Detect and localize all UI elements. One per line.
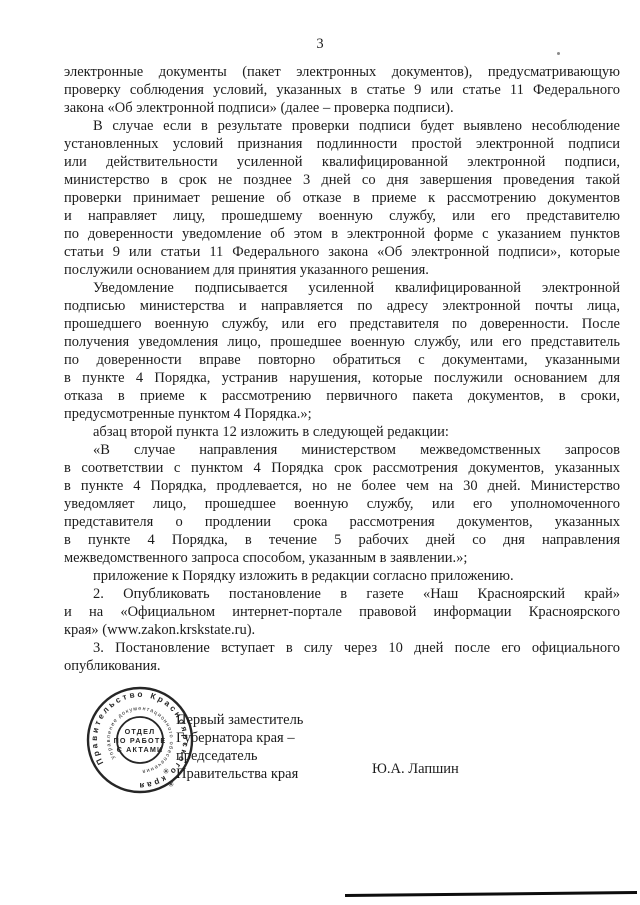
scan-speck — [557, 52, 560, 55]
text-line: министерство в срок не позднее 3 дней со… — [64, 171, 620, 189]
stamp-center-text-line: ПО РАБОТЕ — [114, 736, 167, 745]
text-line: края» (www.zakon.krskstate.ru). — [64, 621, 620, 639]
text-line: закона «Об электронной подписи» (далее –… — [64, 99, 620, 117]
text-line: в соответствии с пунктом 4 Порядка срок … — [64, 459, 620, 477]
text-line: получения уведомления лицо, прошедшее во… — [64, 333, 620, 351]
text-line: установленных условий признания подлинно… — [64, 135, 620, 153]
text-line: абзац второй пункта 12 изложить в следую… — [64, 423, 620, 441]
text-line: представителя о продлении срока рассмотр… — [64, 513, 620, 531]
signature-position-line: Губернатора края – — [176, 729, 303, 747]
text-line: приложение к Порядку изложить в редакции… — [64, 567, 620, 585]
text-line: предусмотренные пунктом 4 Порядка.»; — [64, 405, 620, 423]
text-line: статьи 9 или статьи 11 Федерального зако… — [64, 243, 620, 261]
text-line: «В случае направления министерством межв… — [64, 441, 620, 459]
text-line: Уведомление подписывается усиленной квал… — [64, 279, 620, 297]
text-line: 3. Постановление вступает в силу через 1… — [64, 639, 620, 657]
signature-block: Первый заместитель Губернатора края – пр… — [176, 711, 303, 783]
text-line: или действительности усиленной квалифици… — [64, 153, 620, 171]
document-page: 3 электронные документы (пакет электронн… — [0, 0, 640, 905]
text-line: 2. Опубликовать постановление в газете «… — [64, 585, 620, 603]
text-line: в пункте 4 Порядка, продлевается, но не … — [64, 477, 620, 495]
text-line: проверку соблюдения условий, указанных в… — [64, 81, 620, 99]
document-body: электронные документы (пакет электронных… — [64, 63, 620, 675]
signature-name: Ю.А. Лапшин — [372, 761, 459, 778]
stamp-center-text-line: С АКТАМИ — [117, 745, 164, 754]
text-line: отказа в приеме к рассмотрению первичног… — [64, 387, 620, 405]
text-line: В случае если в результате проверки подп… — [64, 117, 620, 135]
stamp-separator-mark: ✳ — [168, 780, 175, 789]
text-line: опубликования. — [64, 657, 620, 675]
text-line: уведомляет лицо, прошедшее военную служб… — [64, 495, 620, 513]
text-line: электронные документы (пакет электронных… — [64, 63, 620, 81]
text-line: и на «Официальном интернет-портале право… — [64, 603, 620, 621]
text-line: по доверенности вправе повторно обратить… — [64, 351, 620, 369]
text-line: межведомственного запроса способом, указ… — [64, 549, 620, 567]
text-line: проверки принимает решение об отказе в п… — [64, 189, 620, 207]
text-line: подписью министерства и направляется по … — [64, 297, 620, 315]
page-number: 3 — [0, 35, 640, 53]
text-line: и направляет лицу, прошедшему военную сл… — [64, 207, 620, 225]
scan-artifact-line — [345, 891, 637, 897]
text-line: по доверенности уведомление об этом в эл… — [64, 225, 620, 243]
text-line: в пункте 4 Порядка, устранив нарушения, … — [64, 369, 620, 387]
text-line: в пункте 4 Порядка, в течение 5 рабочих … — [64, 531, 620, 549]
text-line: послужили основанием для принятия указан… — [64, 261, 620, 279]
stamp-separator-mark: ✳ — [163, 767, 170, 776]
signature-position-line: председатель — [176, 747, 303, 765]
signature-position-line: Правительства края — [176, 765, 303, 783]
stamp-center-text-line: ОТДЕЛ — [125, 727, 156, 736]
signature-position-line: Первый заместитель — [176, 711, 303, 729]
text-line: прошедшего военную службу, или его предс… — [64, 315, 620, 333]
